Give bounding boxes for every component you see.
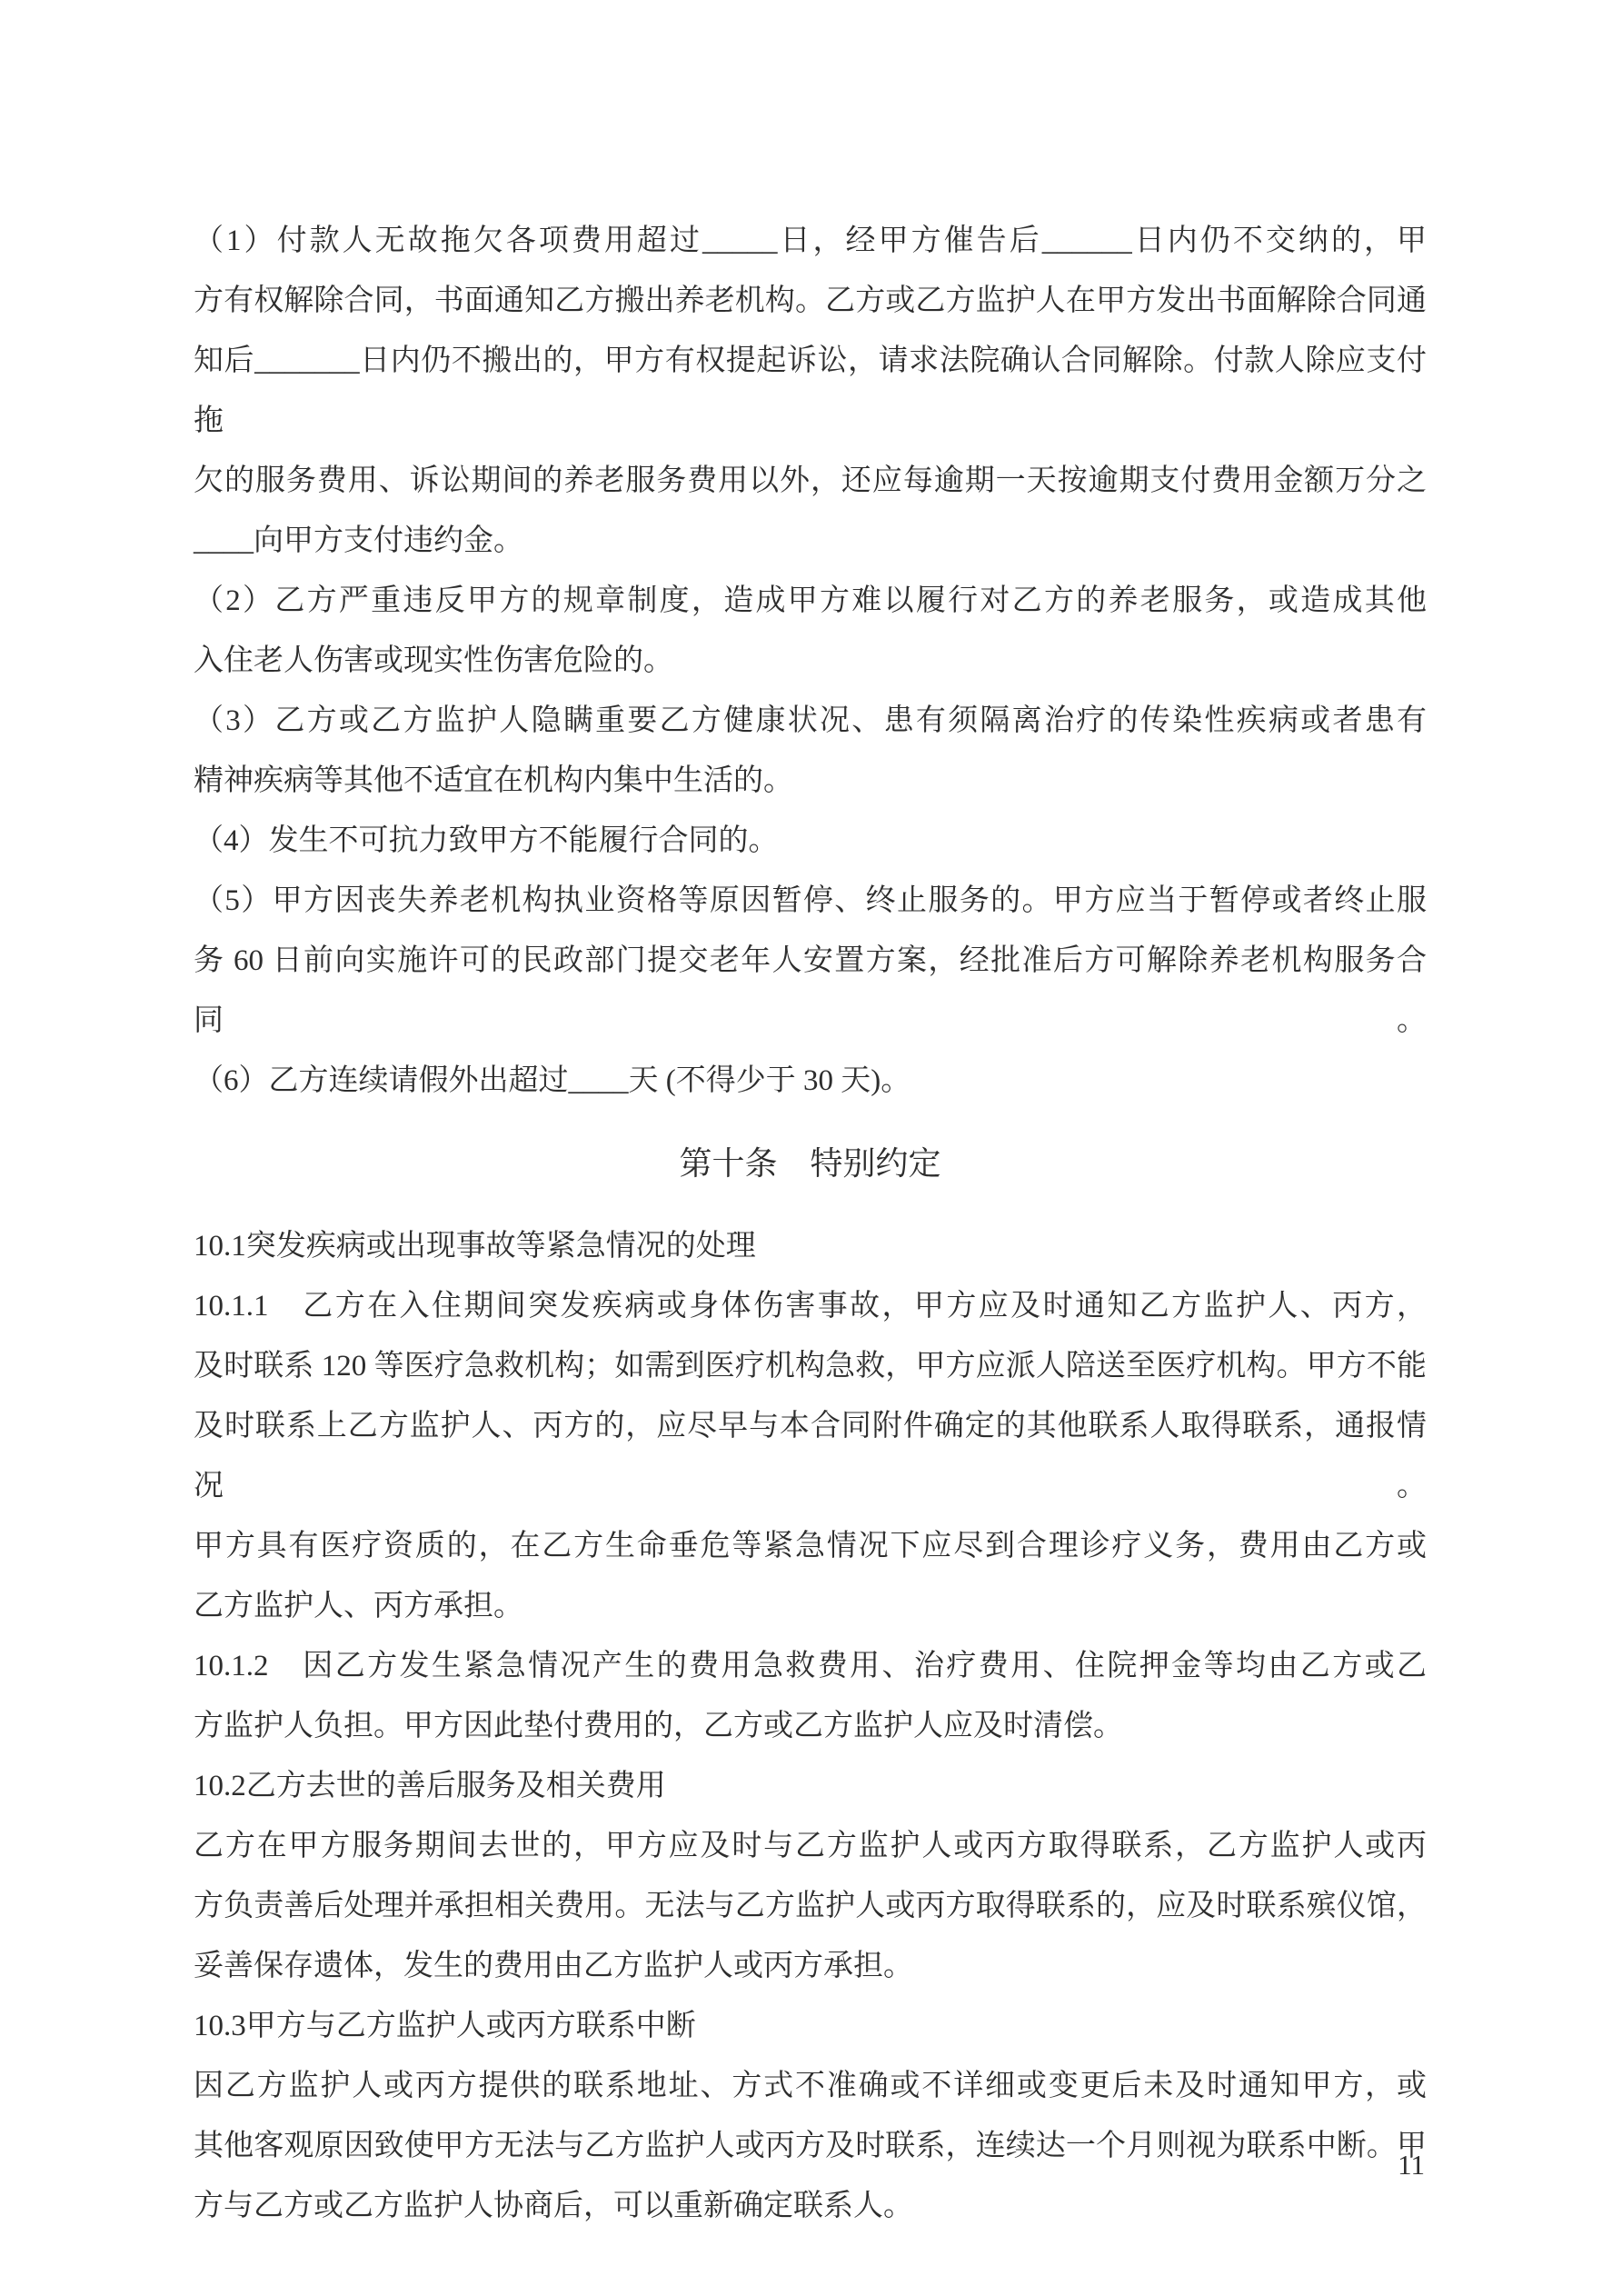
text-line: 入住老人伤害或现实性伤害危险的。 xyxy=(194,631,1427,691)
text-line: （4）发生不可抗力致甲方不能履行合同的。 xyxy=(194,811,1427,871)
text-line: 欠的服务费用、诉讼期间的养老服务费用以外，还应每逾期一天按逾期支付费用金额万分之 xyxy=(194,451,1427,511)
text-line: 精神疾病等其他不适宜在机构内集中生活的。 xyxy=(194,751,1427,811)
text-line: 10.1突发疾病或出现事故等紧急情况的处理 xyxy=(194,1216,1427,1276)
text-line: 知后_______日内仍不搬出的，甲方有权提起诉讼，请求法院确认合同解除。付款人… xyxy=(194,331,1427,451)
paragraph: 10.3甲方与乙方监护人或丙方联系中断 xyxy=(194,1996,1427,2056)
text-line: 乙方在甲方服务期间去世的，甲方应及时与乙方监护人或丙方取得联系，乙方监护人或丙 xyxy=(194,1816,1427,1876)
text-line: 其他客观原因致使甲方无法与乙方监护人或丙方及时联系，连续达一个月则视为联系中断。… xyxy=(194,2116,1427,2176)
text-line: 方与乙方或乙方监护人协商后，可以重新确定联系人。 xyxy=(194,2176,1427,2236)
paragraph: 10.2乙方去世的善后服务及相关费用 xyxy=(194,1756,1427,1816)
paragraph: 因乙方监护人或丙方提供的联系地址、方式不准确或不详细或变更后未及时通知甲方，或其… xyxy=(194,2056,1427,2236)
paragraph: 甲方具有医疗资质的，在乙方生命垂危等紧急情况下应尽到合理诊疗义务，费用由乙方或乙… xyxy=(194,1516,1427,1636)
page-number: 11 xyxy=(1398,2149,1425,2181)
paragraph: 10.1突发疾病或出现事故等紧急情况的处理 xyxy=(194,1216,1427,1276)
text-line: 务 60 日前向实施许可的民政部门提交老年人安置方案，经批准后方可解除养老机构服… xyxy=(194,931,1427,1051)
heading-line: 第十条 特别约定 xyxy=(194,1133,1427,1193)
text-line: 甲方具有医疗资质的，在乙方生命垂危等紧急情况下应尽到合理诊疗义务，费用由乙方或 xyxy=(194,1516,1427,1576)
paragraph: （2）乙方严重违反甲方的规章制度，造成甲方难以履行对乙方的养老服务，或造成其他入… xyxy=(194,571,1427,691)
text-line: 及时联系上乙方监护人、丙方的，应尽早与本合同附件确定的其他联系人取得联系，通报情… xyxy=(194,1396,1427,1516)
paragraph: 10.1.2 因乙方发生紧急情况产生的费用急救费用、治疗费用、住院押金等均由乙方… xyxy=(194,1636,1427,1756)
text-line: （1）付款人无故拖欠各项费用超过_____日，经甲方催告后______日内仍不交… xyxy=(194,211,1427,271)
text-line: 因乙方监护人或丙方提供的联系地址、方式不准确或不详细或变更后未及时通知甲方，或 xyxy=(194,2056,1427,2116)
text-line: （2）乙方严重违反甲方的规章制度，造成甲方难以履行对乙方的养老服务，或造成其他 xyxy=(194,571,1427,631)
text-line: 10.1.2 因乙方发生紧急情况产生的费用急救费用、治疗费用、住院押金等均由乙方… xyxy=(194,1636,1427,1696)
text-line: 方负责善后处理并承担相关费用。无法与乙方监护人或丙方取得联系的，应及时联系殡仪馆… xyxy=(194,1876,1427,1936)
text-line: 10.3甲方与乙方监护人或丙方联系中断 xyxy=(194,1996,1427,2056)
text-line: 妥善保存遗体，发生的费用由乙方监护人或丙方承担。 xyxy=(194,1936,1427,1996)
paragraph: （4）发生不可抗力致甲方不能履行合同的。 xyxy=(194,811,1427,871)
paragraph: （5）甲方因丧失养老机构执业资格等原因暂停、终止服务的。甲方应当于暂停或者终止服… xyxy=(194,871,1427,1051)
text-line: 及时联系 120 等医疗急救机构；如需到医疗机构急救，甲方应派人陪送至医疗机构。… xyxy=(194,1336,1427,1396)
text-line: 乙方监护人、丙方承担。 xyxy=(194,1576,1427,1636)
paragraph: 10.1.1 乙方在入住期间突发疾病或身体伤害事故，甲方应及时通知乙方监护人、丙… xyxy=(194,1276,1427,1516)
text-line: 方监护人负担。甲方因此垫付费用的，乙方或乙方监护人应及时清偿。 xyxy=(194,1696,1427,1756)
text-line: 方有权解除合同，书面通知乙方搬出养老机构。乙方或乙方监护人在甲方发出书面解除合同… xyxy=(194,271,1427,331)
text-line: （6）乙方连续请假外出超过____天 (不得少于 30 天)。 xyxy=(194,1051,1427,1111)
text-line: 10.1.1 乙方在入住期间突发疾病或身体伤害事故，甲方应及时通知乙方监护人、丙… xyxy=(194,1276,1427,1336)
paragraph: （6）乙方连续请假外出超过____天 (不得少于 30 天)。 xyxy=(194,1051,1427,1111)
text-line: 10.2乙方去世的善后服务及相关费用 xyxy=(194,1756,1427,1816)
document-body: （1）付款人无故拖欠各项费用超过_____日，经甲方催告后______日内仍不交… xyxy=(194,211,1427,2236)
paragraph: 乙方在甲方服务期间去世的，甲方应及时与乙方监护人或丙方取得联系，乙方监护人或丙方… xyxy=(194,1816,1427,1996)
paragraph: （3）乙方或乙方监护人隐瞒重要乙方健康状况、患有须隔离治疗的传染性疾病或者患有精… xyxy=(194,691,1427,811)
document-page: （1）付款人无故拖欠各项费用超过_____日，经甲方催告后______日内仍不交… xyxy=(0,0,1622,2296)
text-line: ____向甲方支付违约金。 xyxy=(194,511,1427,571)
text-line: （5）甲方因丧失养老机构执业资格等原因暂停、终止服务的。甲方应当于暂停或者终止服 xyxy=(194,871,1427,931)
section-heading: 第十条 特别约定 xyxy=(194,1133,1427,1193)
paragraph: （1）付款人无故拖欠各项费用超过_____日，经甲方催告后______日内仍不交… xyxy=(194,211,1427,571)
text-line: （3）乙方或乙方监护人隐瞒重要乙方健康状况、患有须隔离治疗的传染性疾病或者患有 xyxy=(194,691,1427,751)
